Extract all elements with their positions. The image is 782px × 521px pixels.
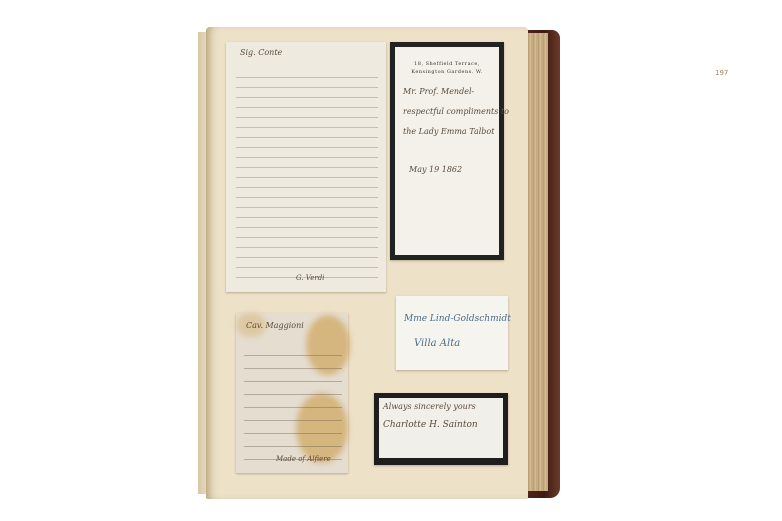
- page-number: 197: [715, 69, 728, 77]
- note-line3: the Lady Emma Talbot: [403, 127, 494, 136]
- printed-address-line1: 18, Sheffield Terrace,: [395, 61, 499, 67]
- small-stained-letter: Cav. Maggioni Made of Alfiere: [236, 313, 348, 473]
- album-photo: 197 Sig. Conte G. Verdi 18, Sheffield Te…: [0, 0, 782, 521]
- note-date: May 19 1862: [409, 165, 462, 174]
- mourning-card-closing: Always sincerely yours: [383, 402, 476, 411]
- mourning-card: Always sincerely yours Charlotte H. Sain…: [374, 393, 508, 465]
- mourning-notecard: 18, Sheffield Terrace, Kensington Garden…: [390, 42, 504, 260]
- calling-card-address: Villa Alta: [414, 338, 460, 349]
- small-letter-salutation: Cav. Maggioni: [246, 321, 304, 330]
- printed-address-line2: Kensington Gardens. W.: [395, 69, 499, 75]
- handwritten-lines: [236, 68, 378, 284]
- note-line1: Mr. Prof. Mendel-: [403, 87, 474, 96]
- letter-signature: G. Verdi: [296, 274, 324, 282]
- note-line2: respectful compliments to: [403, 107, 509, 116]
- mourning-card-signature: Charlotte H. Sainton: [383, 420, 478, 430]
- letter-salutation: Sig. Conte: [240, 48, 282, 57]
- main-letter: Sig. Conte G. Verdi: [226, 42, 386, 292]
- calling-card: Mme Lind-Goldschmidt Villa Alta: [396, 296, 508, 370]
- small-letter-signature: Made of Alfiere: [276, 455, 331, 463]
- calling-card-name: Mme Lind-Goldschmidt: [404, 314, 511, 324]
- handwritten-lines: [244, 343, 342, 463]
